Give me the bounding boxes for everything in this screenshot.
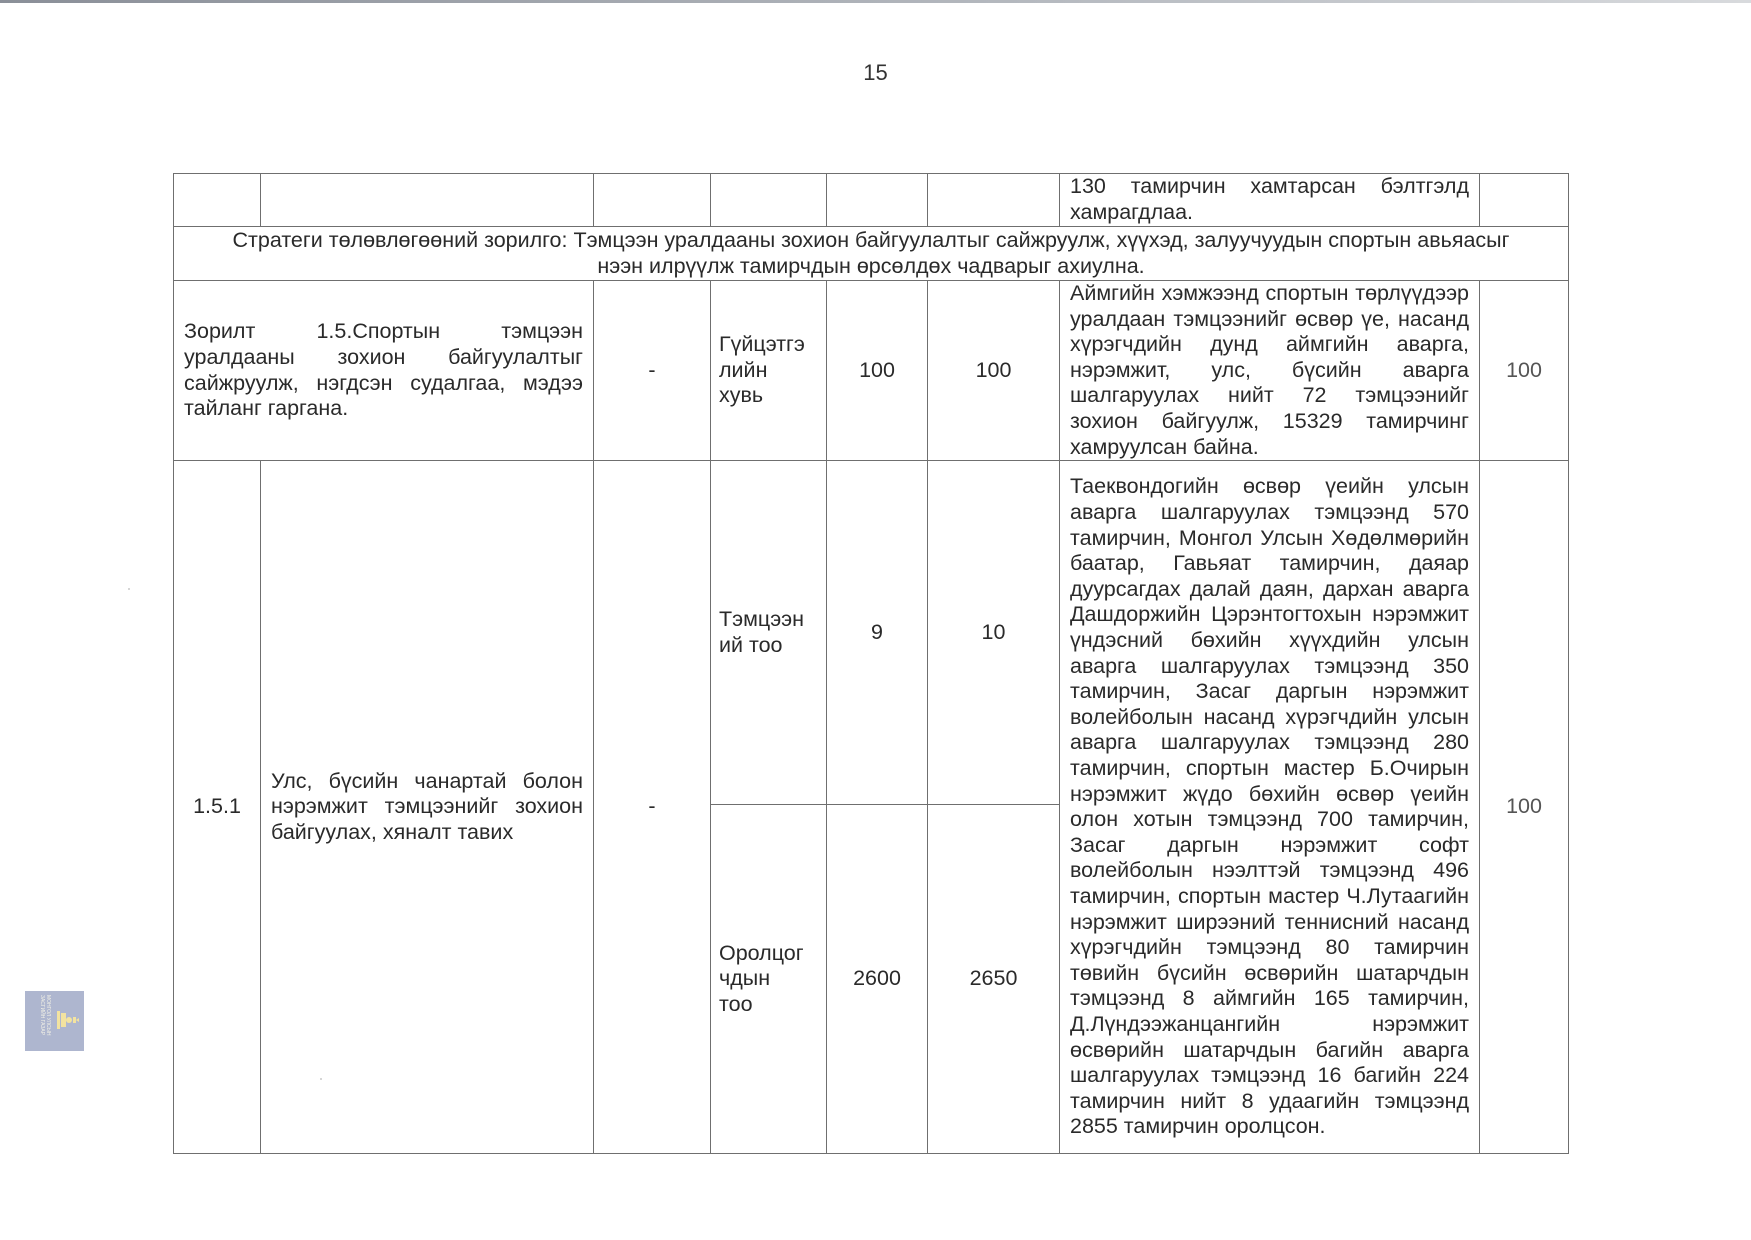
scan-speck [320,1078,322,1080]
cell-empty [827,174,928,227]
cell-empty [928,174,1060,227]
objective-title: Зорилт 1.5.Спортын тэмцээн уралдааны зох… [174,281,594,461]
indicator-competition-count: Тэмцээн ий тоо [711,461,827,805]
stamp-text: МОНГОЛ УЛСЫН ЗАСГИЙН ГАЗАР [29,995,51,1047]
table-row-strategy: Стратеги төлөвлөгөөний зорилго: Тэмцээн … [174,227,1569,281]
objective-result-text: Аймгийн хэмжээнд спортын төрлүүдээр урал… [1060,281,1480,461]
scan-speck [128,588,130,590]
activity-title: Улс, бүсийн чанартай болон нэрэмжит тэмц… [261,461,594,1154]
indicator-line: чдын [719,966,818,992]
activity-result-text: Таеквондогийн өсвөр үеийн улсын аварга ш… [1060,461,1480,1154]
strategy-line-1: Стратеги төлөвлөгөөний зорилго: Тэмцээн … [182,228,1560,254]
indicator-target: 2600 [827,805,928,1154]
strategy-line-2: нээн илрүүлж тамирчдын өрсөлдөх чадварыг… [182,254,1560,280]
report-table: 130 тамирчин хамтарсан бэлтгэлд хамрагдл… [173,173,1569,1154]
indicator-line: Оролцог [719,941,818,967]
page-number: 15 [0,60,1751,86]
objective-target: 100 [827,281,928,461]
objective-baseline: - [594,281,711,461]
table-row-objective: Зорилт 1.5.Спортын тэмцээн уралдааны зох… [174,281,1569,461]
indicator-participant-count: Оролцог чдын тоо [711,805,827,1154]
indicator-line: Гүйцэтгэ [719,332,818,358]
cell-empty [261,174,594,227]
indicator-line: тоо [719,992,818,1018]
objective-indicator: Гүйцэтгэ лийн хувь [711,281,827,461]
cell-empty [174,174,261,227]
table-row-activity: 1.5.1 Улс, бүсийн чанартай болон нэрэмжи… [174,461,1569,805]
table-row-continuation: 130 тамирчин хамтарсан бэлтгэлд хамрагдл… [174,174,1569,227]
government-stamp: МОНГОЛ УЛСЫН ЗАСГИЙН ГАЗАР [25,991,84,1051]
indicator-line: лийн [719,358,818,384]
soyombo-emblem-icon [55,1009,79,1031]
indicator-line: Тэмцээн [719,607,818,633]
scan-edge [0,0,1751,3]
indicator-target: 9 [827,461,928,805]
activity-baseline: - [594,461,711,1154]
cell-empty [1480,174,1569,227]
indicator-line: хувь [719,383,818,409]
indicator-actual: 2650 [928,805,1060,1154]
activity-score: 100 [1480,461,1569,1154]
indicator-line: ий тоо [719,633,818,659]
objective-actual: 100 [928,281,1060,461]
indicator-actual: 10 [928,461,1060,805]
objective-score: 100 [1480,281,1569,461]
cell-empty [711,174,827,227]
result-text: 130 тамирчин хамтарсан бэлтгэлд хамрагдл… [1060,174,1480,227]
cell-empty [594,174,711,227]
strategy-objective: Стратеги төлөвлөгөөний зорилго: Тэмцээн … [174,227,1569,281]
activity-number: 1.5.1 [174,461,261,1154]
